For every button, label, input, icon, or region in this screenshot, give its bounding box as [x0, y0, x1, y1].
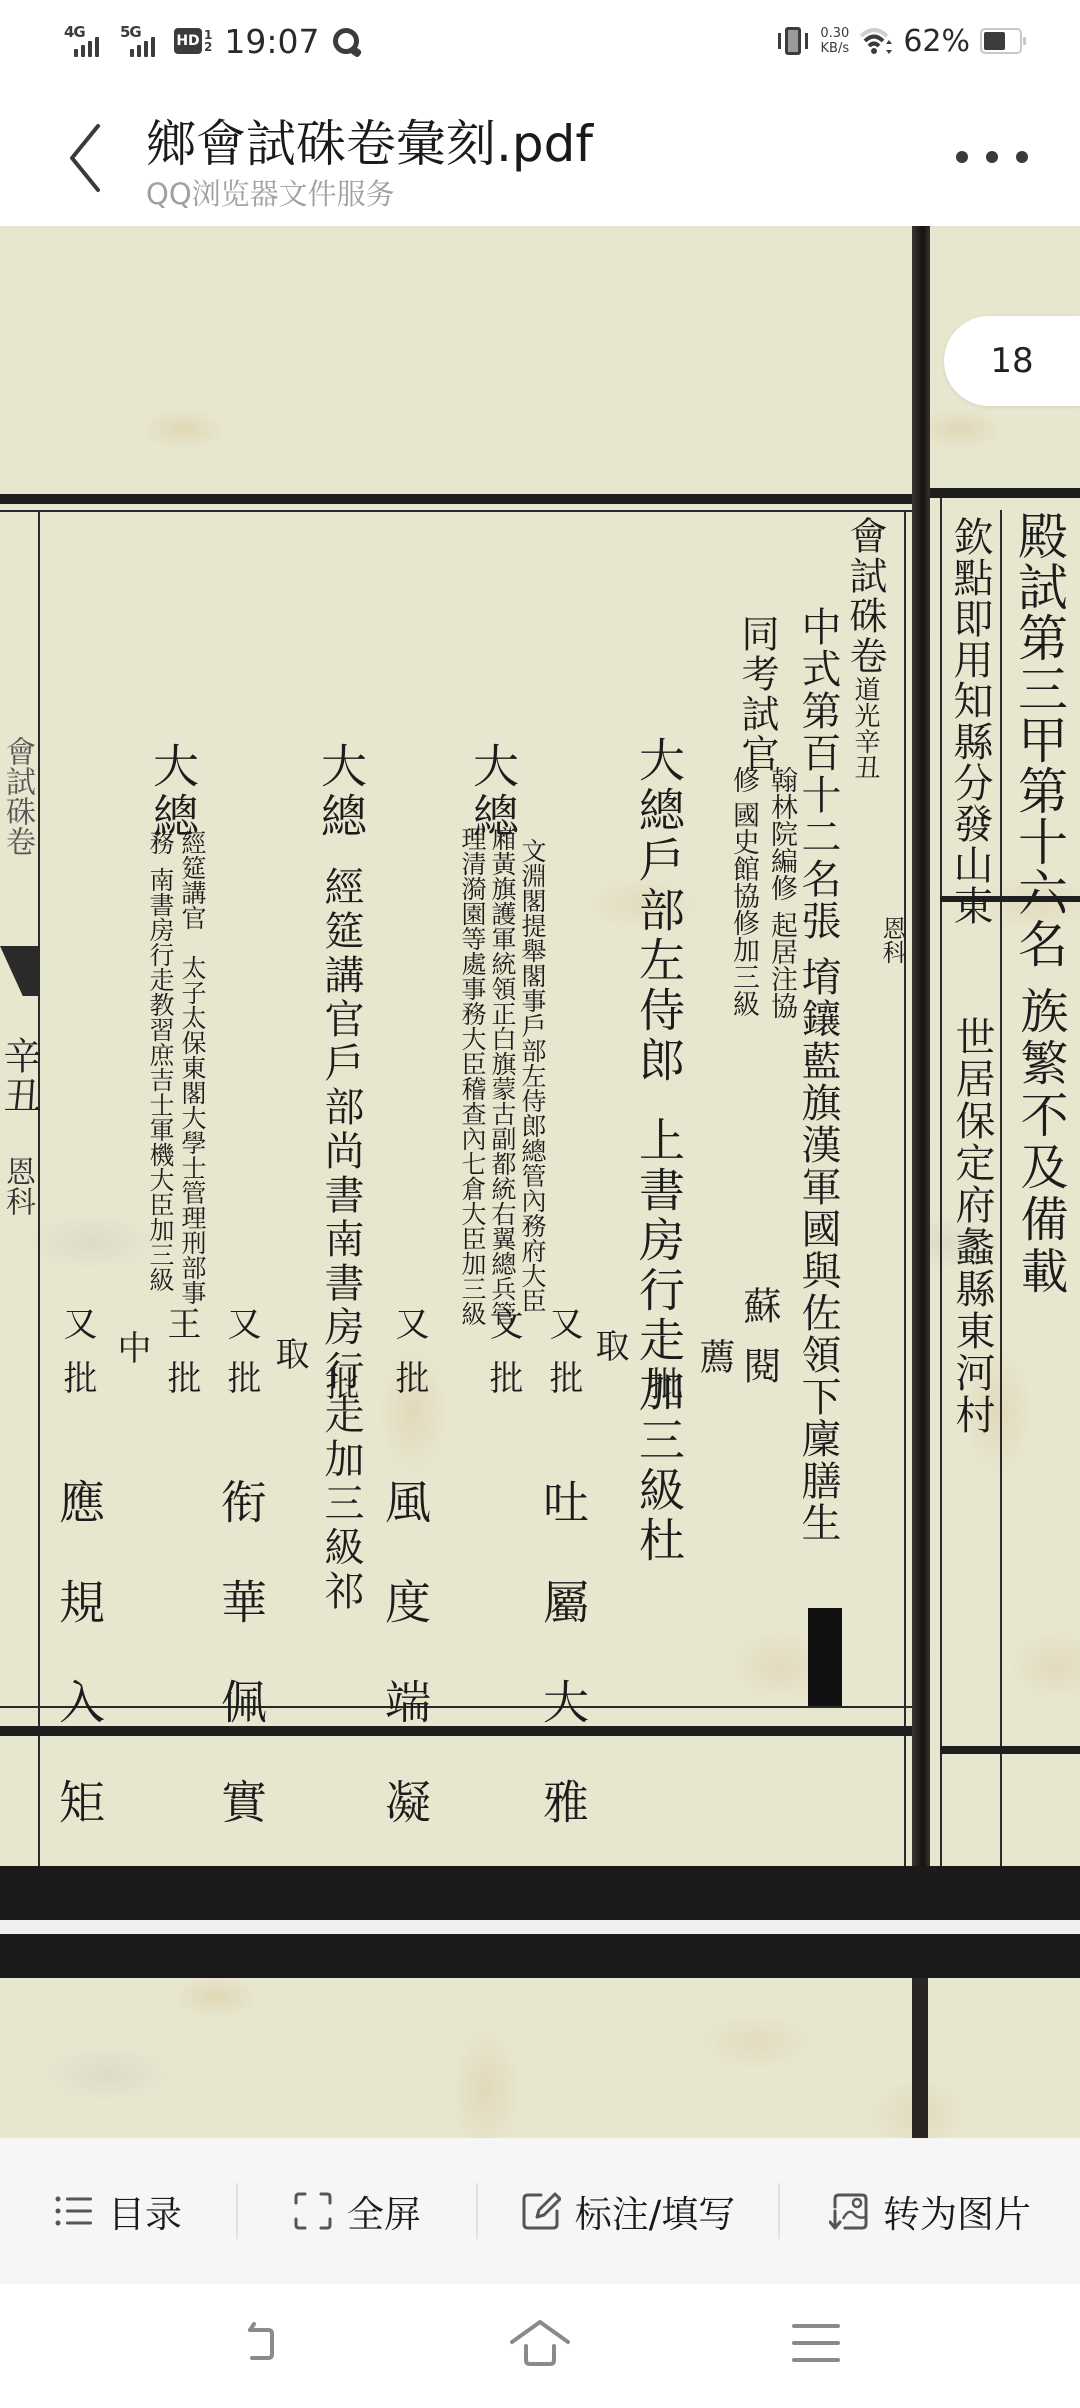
judge4-prefix: 大總 — [150, 742, 196, 842]
judge3-comment-label: 又批 — [392, 1306, 426, 1394]
qq-browser-notification-icon — [333, 28, 359, 54]
convert-image-button[interactable]: 转为图片 — [780, 2138, 1080, 2284]
nav-recents-button[interactable] — [786, 2320, 846, 2376]
pdf-page-right: 殿試第三甲第十六名 欽點即用知縣分發山東 族繁不及備載 世居保定府蠡縣東河村 — [930, 226, 1080, 1920]
page-bottom-edge — [0, 1866, 1080, 1920]
nav-back-button[interactable] — [238, 2320, 298, 2376]
clock: 19:07 — [224, 22, 319, 61]
more-dots-icon — [956, 151, 968, 163]
pdf-page-next — [0, 1978, 1080, 2138]
judge3-pi: 批 — [322, 1366, 356, 1400]
frame-top-inner-rule — [0, 510, 912, 512]
right-frame-divider-rule — [1000, 510, 1002, 1930]
fullscreen-button[interactable]: 全屏 — [238, 2138, 476, 2284]
prev-page-enke: 恩科 — [2, 1156, 32, 1216]
qu-mark-2: 取 — [272, 1336, 306, 1370]
right-frame-left-rule — [940, 498, 942, 1918]
family-line: 族繁不及備載 — [1016, 986, 1064, 1298]
page-separator — [0, 1920, 1080, 1934]
right-frame-top-rule — [930, 488, 1080, 498]
back-nav-icon — [238, 2320, 298, 2376]
toc-label: 目录 — [108, 2184, 182, 2238]
hd-badge: HD — [174, 28, 202, 54]
document-subtitle: QQ浏览器文件服务 — [146, 172, 395, 213]
judge2-surname: 文批 — [486, 1306, 520, 1394]
examiner-office-a: 翰林院編修起居注協 — [768, 766, 795, 1019]
list-icon — [54, 2191, 94, 2231]
signal-4g-icon: 4G — [62, 21, 110, 61]
zhong-mark: 中 — [114, 1330, 148, 1364]
status-left: 4G 5G HD 12 19:07 — [62, 18, 359, 64]
prev-page-era: 辛丑 — [0, 1036, 38, 1116]
battery-icon — [980, 28, 1022, 54]
redaction-block — [808, 1608, 842, 1706]
chevron-left-icon — [58, 116, 118, 196]
qu-mark-1: 取 — [592, 1328, 626, 1362]
examiner-office-d: 修國史館協修加三級 — [730, 766, 757, 1017]
home-nav-icon — [510, 2320, 570, 2376]
prev-page-fishtail — [0, 946, 38, 996]
battery-percent: 62% — [903, 24, 970, 59]
judge1-comment-label: 又批 — [546, 1306, 580, 1394]
convert-image-label: 转为图片 — [883, 2184, 1031, 2238]
document-title: 鄉會試硃卷彙刻.pdf — [146, 104, 593, 176]
residence-line: 世居保定府蠡縣東河村 — [952, 1016, 992, 1436]
signal-5g-icon: 5G — [118, 21, 166, 61]
appointment-line: 欽點即用知縣分發山東 — [950, 516, 990, 926]
vibrate-icon — [776, 24, 810, 58]
judge3-comment: 風度端凝 — [382, 1478, 428, 1878]
recommend-mark: 薦 — [696, 1338, 732, 1376]
rank-column: 中式第百十二名張堉鑲藍旗漢軍國與佐領下廩膳生 — [798, 606, 838, 1544]
bottom-toolbar: 目录 全屏 标注/填写 转为图片 — [0, 2138, 1080, 2284]
judge5-comment: 應規入矩 — [56, 1478, 102, 1878]
header-column: 會試硃卷道光辛丑 — [846, 516, 884, 780]
judge1-title-column: 大總戶部左侍郎上書房行走加三級杜 — [636, 736, 682, 1566]
toc-button[interactable]: 目录 — [0, 2138, 236, 2284]
judge4-line2: 務南書房行走教習庶吉士軍機大臣加三級 — [148, 830, 173, 1292]
fullscreen-label: 全屏 — [347, 2184, 421, 2238]
judge2-line1: 文淵閣提舉閣事戶部左侍郎總管內務府大臣 — [520, 838, 545, 1313]
judge1-pi: 批 — [646, 1366, 680, 1400]
frame-bottom-rule — [0, 1726, 912, 1736]
more-options-button[interactable] — [956, 140, 1028, 174]
judge1-comment: 吐屬大雅 — [540, 1478, 586, 1878]
next-page-top-edge — [0, 1934, 1080, 1978]
pdf-viewer[interactable]: 會試硃卷道光辛丑 恩科 中式第百十二名張堉鑲藍旗漢軍國與佐領下廩膳生 同考試官 … — [0, 226, 1080, 2138]
pdf-page-main: 會試硃卷道光辛丑 恩科 中式第百十二名張堉鑲藍旗漢軍國與佐領下廩膳生 同考試官 … — [0, 226, 918, 1920]
recents-nav-icon — [786, 2320, 846, 2376]
net-speed-value: 0.30 — [820, 26, 849, 41]
judge5-comment-label: 又批 — [60, 1306, 94, 1394]
frame-top-rule — [0, 494, 912, 504]
system-nav-bar — [0, 2284, 1080, 2408]
examiner-name: 蘇閱 — [740, 1286, 778, 1386]
frame-right-rule — [904, 510, 906, 1930]
nav-home-button[interactable] — [510, 2320, 570, 2376]
back-button[interactable] — [58, 116, 118, 196]
judge2-line2: 廂黃旗護軍統領正白旗蒙古副都統右翼總兵管 — [490, 826, 515, 1326]
fullscreen-icon — [293, 2191, 333, 2231]
annotate-icon — [521, 2191, 561, 2231]
status-bar: 4G 5G HD 12 19:07 0.30 KB/s — [0, 0, 1080, 84]
right-frame-bottom-rule — [940, 1746, 1080, 1754]
annotate-label: 标注/填写 — [575, 2184, 735, 2238]
examiner-title: 同考試官 — [738, 614, 776, 774]
title-bar: 鄉會試硃卷彙刻.pdf QQ浏览器文件服务 — [0, 84, 1080, 226]
page-number-indicator[interactable]: 18 — [944, 316, 1080, 406]
enke-label: 恩科 — [880, 916, 904, 964]
judge2-line3: 理清漪園等處事務大臣稽查內七倉大臣加三級 — [460, 826, 485, 1326]
judge4-surname: 王批 — [164, 1306, 198, 1394]
judge3-title-column: 大總經筵講官戶部尚書南書房行走加三級祁 — [318, 742, 364, 1614]
judge4-comment-label: 又批 — [224, 1306, 258, 1394]
network-speed: 0.30 KB/s — [820, 26, 849, 56]
judge4-line1: 經筵講官 太子太保東閣大學士管理刑部事 — [180, 830, 205, 1305]
convert-image-icon — [829, 2191, 869, 2231]
wifi-icon — [859, 26, 893, 56]
judge4-comment: 衔華佩實 — [218, 1478, 264, 1878]
rank-line: 殿試第三甲第十六名 — [1014, 510, 1064, 969]
frame-bottom-inner-rule — [0, 1706, 912, 1708]
previous-page-sliver: 會試硃卷 辛丑 恩科 — [0, 736, 38, 1236]
frame-left-rule — [38, 510, 40, 1930]
annotate-button[interactable]: 标注/填写 — [478, 2138, 778, 2284]
hd-fraction-bottom: 2 — [204, 40, 212, 54]
prev-page-header: 會試硃卷 — [2, 736, 32, 856]
hd-voice-icon: HD 12 — [174, 28, 212, 54]
net-speed-unit: KB/s — [820, 41, 849, 56]
status-right: 0.30 KB/s 62% — [776, 18, 1022, 64]
